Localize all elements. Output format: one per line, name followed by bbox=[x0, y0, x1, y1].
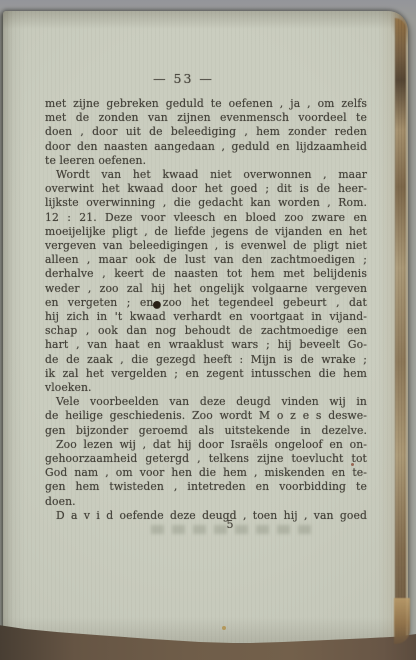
text-line: schap , ook dan nog behoudt de zachtmoed… bbox=[45, 324, 367, 338]
foxing-spot bbox=[222, 626, 226, 630]
text-line: Zoo lezen wij , dat hij door Israëls ong… bbox=[45, 438, 367, 452]
ink-blot bbox=[153, 301, 161, 309]
text-line: door den naasten aangedaan , geduld en l… bbox=[45, 140, 367, 154]
scanned-book-page-photo: — 53 — met zijne gebreken geduld te oefe… bbox=[0, 0, 416, 660]
text-line: doen , door uit de beleediging , hem zon… bbox=[45, 125, 367, 139]
text-line: vloeken. bbox=[45, 381, 367, 395]
text-line: gen hem twisteden , intetreden en voorbi… bbox=[45, 480, 367, 494]
text-line: lijkste overwinning , die gedacht kan wo… bbox=[45, 196, 367, 210]
text-line: met de zonden van zijnen evenmensch voor… bbox=[45, 111, 367, 125]
text-line: alleen , maar ook de lust van den zachtm… bbox=[45, 253, 367, 267]
text-line: overwint het kwaad door het goed ; dit i… bbox=[45, 182, 367, 196]
page-fore-edge-stain bbox=[395, 18, 406, 643]
book-page: — 53 — met zijne gebreken geduld te oefe… bbox=[3, 11, 408, 643]
text-line: hart , van haat en wraaklust wars ; hij … bbox=[45, 338, 367, 352]
text-line: ik zal het vergelden ; en zegent intussc… bbox=[45, 367, 367, 381]
text-line: gehoorzaamheid getergd , telkens zijne t… bbox=[45, 452, 367, 466]
text-line: hij zich in 't kwaad verhardt en voortga… bbox=[45, 310, 367, 324]
text-line: God nam , om voor hen die hem , miskende… bbox=[45, 466, 367, 480]
text-line: Vele voorbeelden van deze deugd vinden w… bbox=[45, 395, 367, 409]
text-line: de de zaak , die gezegd heeft : Mijn is … bbox=[45, 353, 367, 367]
text-line: te leeren oefenen. bbox=[45, 154, 367, 168]
text-line: gen bijzonder geroemd als uitstekende in… bbox=[45, 424, 367, 438]
text-line: de heilige geschiedenis. Zoo wordt M o z… bbox=[45, 409, 367, 423]
text-line: vergeven van beleedigingen , is evenwel … bbox=[45, 239, 367, 253]
text-line: doen. bbox=[45, 495, 367, 509]
text-line: moeijelijke pligt , de liefde jegens de … bbox=[45, 225, 367, 239]
text-line: Wordt van het kwaad niet overwonnen , ma… bbox=[45, 168, 367, 182]
show-through-text bbox=[151, 525, 319, 534]
text-line: derhalve , keert de naasten tot hem met … bbox=[45, 267, 367, 281]
foxing-spot bbox=[351, 463, 354, 466]
text-line: weder , zoo zal hij het ongelijk volgaar… bbox=[45, 282, 367, 296]
page-number-header: — 53 — bbox=[0, 71, 386, 86]
text-line: met zijne gebreken geduld te oefenen , j… bbox=[45, 97, 367, 111]
page-edge-bottom-curl bbox=[394, 598, 410, 644]
page-text-block: met zijne gebreken geduld te oefenen , j… bbox=[45, 97, 367, 523]
text-line: 12 : 21. Deze voor vleesch en bloed zoo … bbox=[45, 211, 367, 225]
text-line: en vergeten ; en zoo het tegendeel gebeu… bbox=[45, 296, 367, 310]
